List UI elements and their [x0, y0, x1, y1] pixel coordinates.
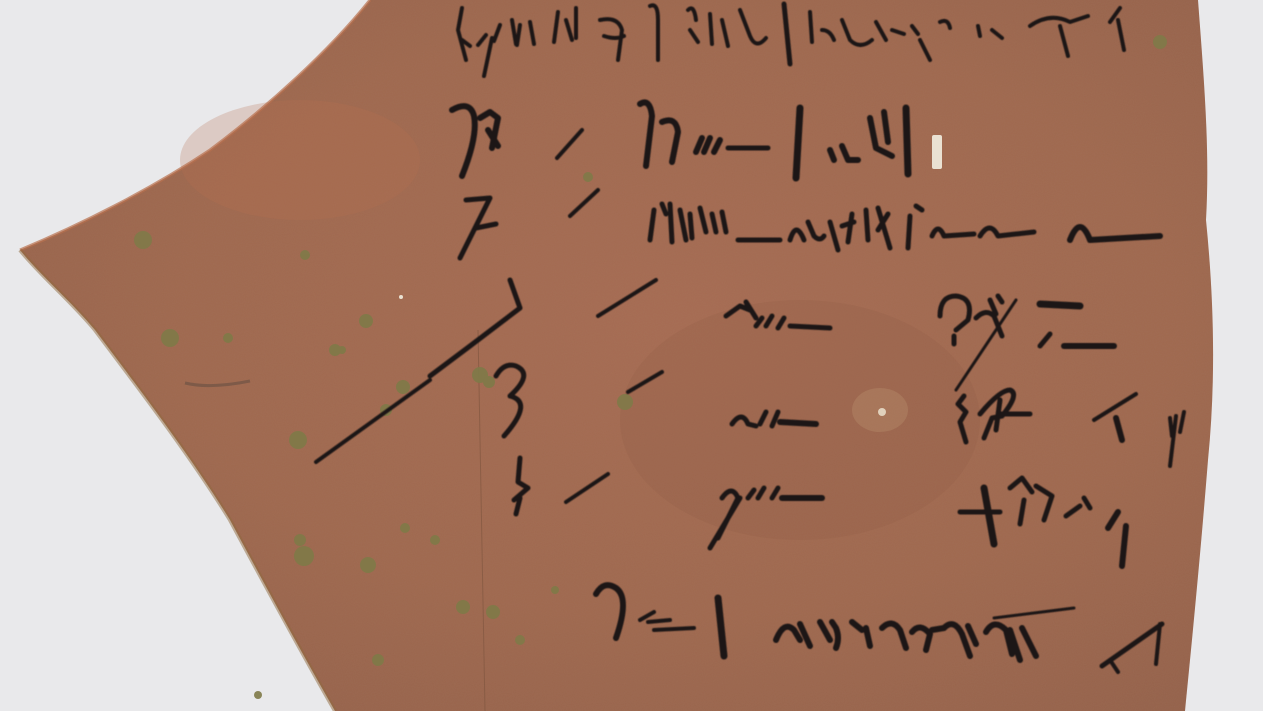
ostracon-photo — [0, 0, 1263, 711]
